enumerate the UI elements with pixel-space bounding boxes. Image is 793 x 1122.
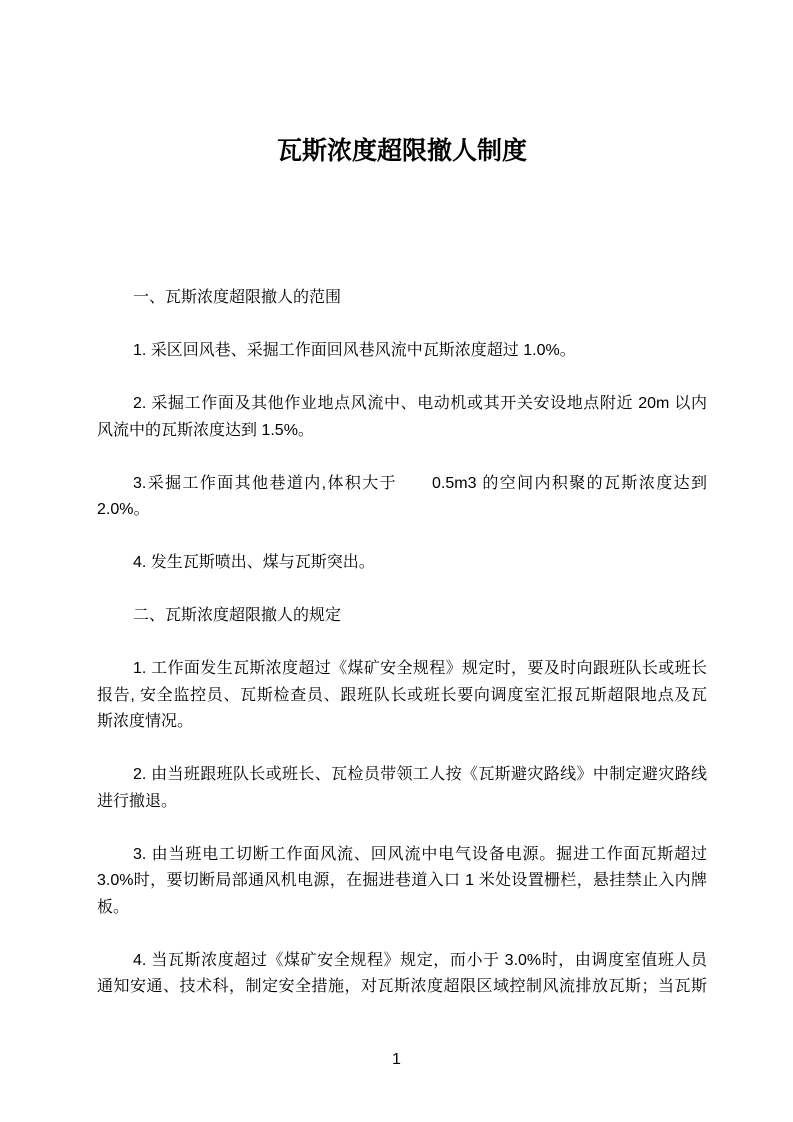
document-page: 瓦斯浓度超限撤人制度 一、瓦斯浓度超限撤人的范围1. 采区回风巷、采掘工作面回风… <box>0 0 793 1122</box>
paragraph-line: 2. 由当班跟班队长或班长、瓦检员带领工人按《瓦斯避灾路线》中制定避灾路线 <box>97 762 707 789</box>
paragraph-line: 3. 由当班电工切断工作面风流、回风流中电气设备电源。掘进工作面瓦斯超过 <box>97 842 707 869</box>
paragraph: 2. 由当班跟班队长或班长、瓦检员带领工人按《瓦斯避灾路线》中制定避灾路线进行撤… <box>97 762 707 815</box>
paragraph-line: 通知安通、技术科，制定安全措施，对瓦斯浓度超限区域控制风流排放瓦斯；当瓦斯 <box>97 974 707 1001</box>
paragraph-line: 一、瓦斯浓度超限撤人的范围 <box>97 285 707 312</box>
paragraph: 1. 采区回风巷、采掘工作面回风巷风流中瓦斯浓度超过 1.0%。 <box>97 338 707 365</box>
section-heading: 一、瓦斯浓度超限撤人的范围 <box>97 285 707 312</box>
section-heading: 二、瓦斯浓度超限撤人的规定 <box>97 603 707 630</box>
paragraph: 4. 当瓦斯浓度超过《煤矿安全规程》规定，而小于 3.0%时，由调度室值班人员通… <box>97 948 707 1001</box>
paragraph: 1. 工作面发生瓦斯浓度超过《煤矿安全规程》规定时，要及时向跟班队长或班长报告,… <box>97 656 707 736</box>
paragraph: 4. 发生瓦斯喷出、煤与瓦斯突出。 <box>97 550 707 577</box>
paragraph-line: 斯浓度情况。 <box>97 709 707 736</box>
paragraph-line: 报告, 安全监控员、瓦斯检查员、跟班队长或班长要向调度室汇报瓦斯超限地点及瓦 <box>97 683 707 710</box>
paragraph-line: 3.采掘工作面其他巷道内,体积大于 0.5m3 的空间内积聚的瓦斯浓度达到 2.… <box>97 471 707 524</box>
paragraph: 3. 由当班电工切断工作面风流、回风流中电气设备电源。掘进工作面瓦斯超过3.0%… <box>97 842 707 922</box>
paragraph-line: 4. 当瓦斯浓度超过《煤矿安全规程》规定，而小于 3.0%时，由调度室值班人员 <box>97 948 707 975</box>
paragraph-line: 4. 发生瓦斯喷出、煤与瓦斯突出。 <box>97 550 707 577</box>
paragraph-line: 风流中的瓦斯浓度达到 1.5%。 <box>97 418 707 445</box>
paragraph: 3.采掘工作面其他巷道内,体积大于 0.5m3 的空间内积聚的瓦斯浓度达到 2.… <box>97 471 707 524</box>
paragraph-line: 3.0%时，要切断局部通风机电源，在掘进巷道入口 1 米处设置栅栏，悬挂禁止入内… <box>97 868 707 895</box>
paragraph-line: 进行撤退。 <box>97 789 707 816</box>
paragraph-line: 板。 <box>97 895 707 922</box>
paragraph-line: 1. 采区回风巷、采掘工作面回风巷风流中瓦斯浓度超过 1.0%。 <box>97 338 707 365</box>
paragraph-line: 2. 采掘工作面及其他作业地点风流中、电动机或其开关安设地点附近 20m 以内 <box>97 391 707 418</box>
paragraph: 2. 采掘工作面及其他作业地点风流中、电动机或其开关安设地点附近 20m 以内风… <box>97 391 707 444</box>
page-number: 1 <box>0 1050 793 1070</box>
document-body: 一、瓦斯浓度超限撤人的范围1. 采区回风巷、采掘工作面回风巷风流中瓦斯浓度超过 … <box>97 285 707 1001</box>
document-title: 瓦斯浓度超限撤人制度 <box>97 134 707 168</box>
paragraph-line: 二、瓦斯浓度超限撤人的规定 <box>97 603 707 630</box>
paragraph-line: 1. 工作面发生瓦斯浓度超过《煤矿安全规程》规定时，要及时向跟班队长或班长 <box>97 656 707 683</box>
